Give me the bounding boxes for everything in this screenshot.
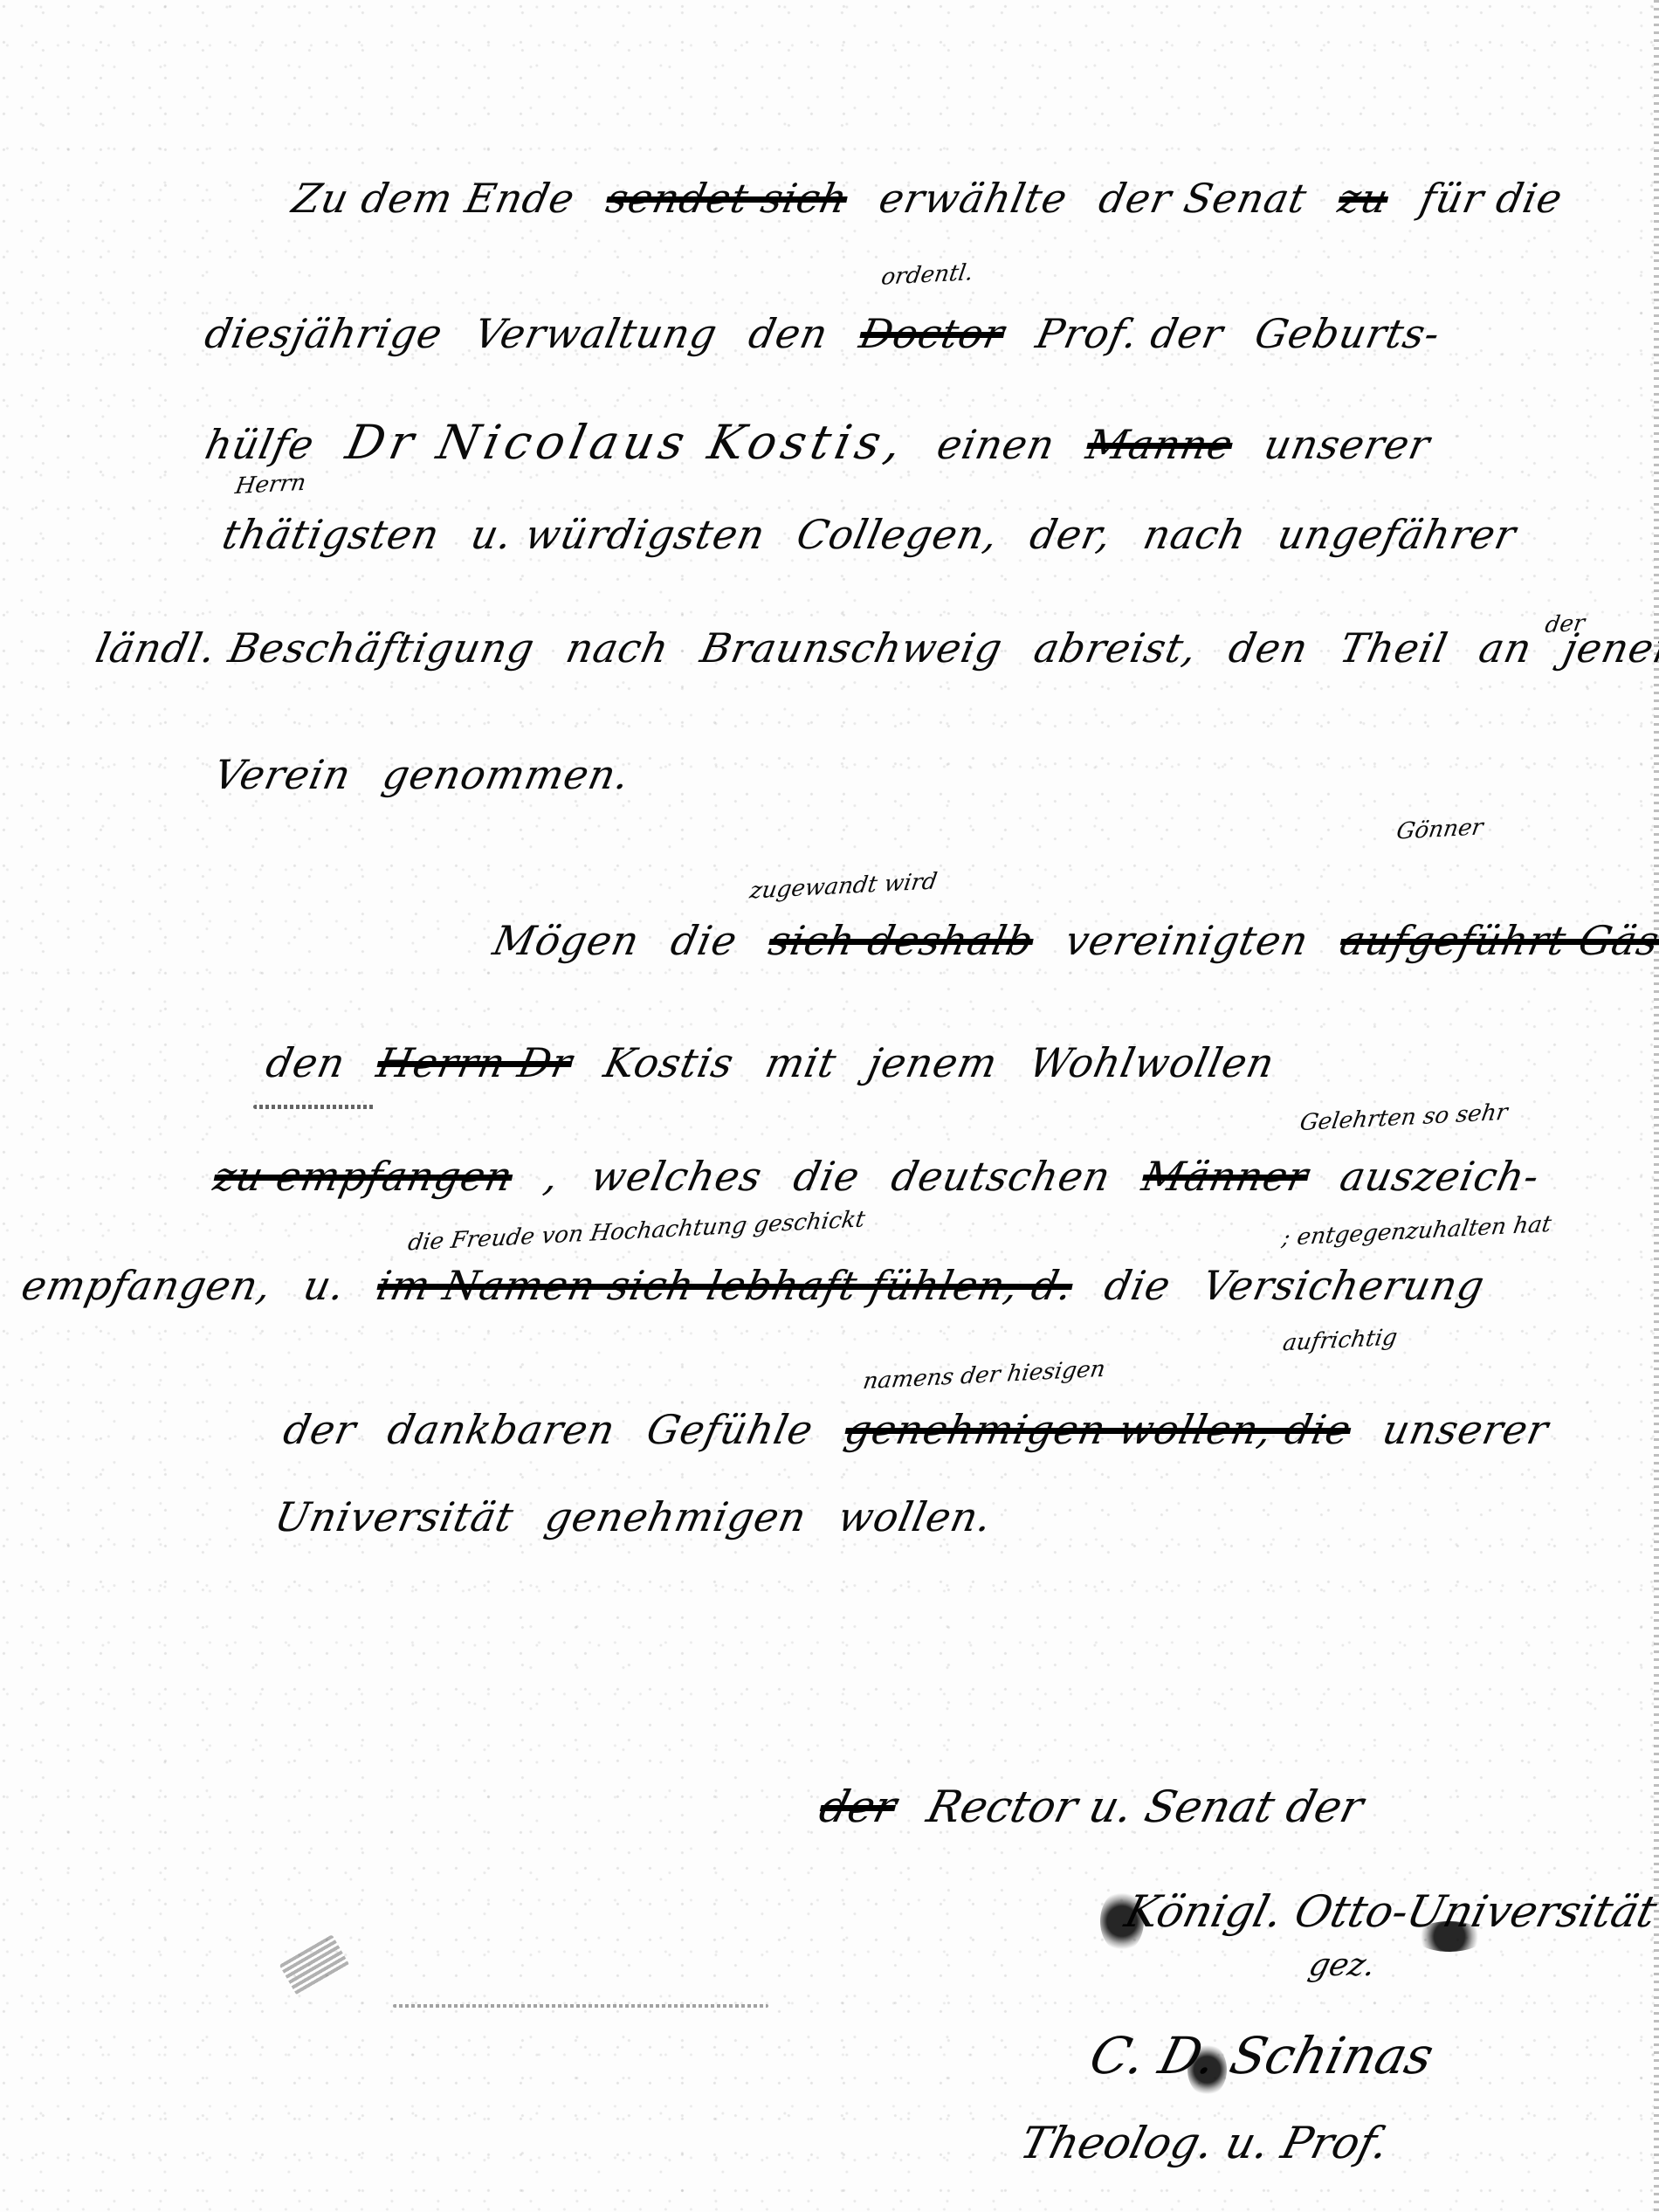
p1-line-1: Zu dem Ende sendet sich erwählte der Sen… bbox=[288, 175, 1587, 222]
p1-line-6: Verein genommen. bbox=[210, 751, 654, 798]
word: der Senat bbox=[1095, 175, 1311, 222]
word: hülfe bbox=[201, 421, 319, 468]
kostis-name: Dr Nicolaus Kostis, bbox=[341, 415, 912, 470]
page-edge bbox=[1654, 0, 1659, 2212]
p2-line-2: den Herrn Dr Kostis mit jenem Wohlwollen bbox=[262, 1039, 1298, 1086]
word: Prof. der bbox=[1032, 310, 1228, 357]
word: unserer bbox=[1260, 421, 1435, 468]
p2-line-5: der dankbaren Gefühle genehmigen wollen,… bbox=[279, 1406, 1573, 1453]
struck-word: zu bbox=[1334, 175, 1393, 222]
interlinear-insert: Gönner bbox=[1394, 814, 1484, 844]
word: für die bbox=[1416, 175, 1567, 222]
struck-word: zu empfangen bbox=[210, 1153, 518, 1200]
ink-blot bbox=[1187, 2043, 1227, 2096]
word: welches bbox=[587, 1153, 767, 1200]
closing-text: Königl. Otto-Universität bbox=[1120, 1886, 1659, 1937]
struck-word: Herrn Dr bbox=[373, 1039, 577, 1086]
struck-word: Männer bbox=[1138, 1153, 1312, 1200]
word: ungefährer bbox=[1274, 511, 1521, 558]
word: u. bbox=[299, 1262, 350, 1309]
word: deutschen bbox=[887, 1153, 1115, 1200]
word: genehmigen bbox=[541, 1493, 811, 1540]
struck-word: sendet sich bbox=[602, 175, 852, 222]
word: Verein bbox=[210, 751, 355, 798]
interlinear-insert: ; entgegenzuhalten hat bbox=[1280, 1211, 1553, 1251]
word: diesjährige bbox=[201, 310, 447, 357]
word: Verwaltung bbox=[470, 310, 721, 357]
closing-text: gez. bbox=[1305, 1947, 1380, 1983]
word: einen bbox=[933, 421, 1060, 468]
struck-word: Doctor bbox=[856, 310, 1009, 357]
word: jenem bbox=[1559, 624, 1659, 672]
struck-word: genehmigen wollen, die bbox=[841, 1406, 1356, 1453]
word: erwählte bbox=[875, 175, 1072, 222]
p1-line-5: ländl. Beschäftigung nach Braunschweig a… bbox=[92, 624, 1659, 672]
word: wollen. bbox=[834, 1493, 996, 1540]
word: der, bbox=[1026, 511, 1117, 558]
closing-text: Theolog. u. Prof. bbox=[1015, 2118, 1394, 2168]
word: Zu dem Ende bbox=[288, 175, 579, 222]
p1-line-3: hülfe Dr Nicolaus Kostis, einen Manne un… bbox=[201, 415, 1455, 470]
word: vereinigten bbox=[1061, 917, 1313, 964]
word: ländl. Beschäftigung bbox=[92, 624, 539, 672]
signature-name: C. D. Schinas bbox=[1084, 2026, 1440, 2085]
p1-line-2: diesjährige Verwaltung den Doctor Prof. … bbox=[201, 310, 1464, 357]
word: den bbox=[745, 310, 833, 357]
ink-blot bbox=[1100, 1891, 1144, 1952]
struck-word: Manne bbox=[1083, 421, 1237, 468]
p2-line-6: Universität genehmigen wollen. bbox=[271, 1493, 1016, 1540]
word: Mögen bbox=[489, 917, 644, 964]
word: auszeich- bbox=[1336, 1153, 1544, 1200]
closing-text: C. D. Schinas bbox=[1084, 2026, 1440, 2085]
p2-line-4: empfangen, u. im Namen sich lebhaft fühl… bbox=[17, 1262, 1508, 1309]
p2-line-1: Mögen die sich deshalb vereinigten aufge… bbox=[489, 917, 1659, 964]
word: mit bbox=[761, 1039, 841, 1086]
word: Braunschweig bbox=[697, 624, 1008, 672]
word: Versicherung bbox=[1198, 1262, 1489, 1309]
word: an bbox=[1475, 624, 1537, 672]
word: die bbox=[1100, 1262, 1175, 1309]
p2-line-3: zu empfangen , welches die deutschen Män… bbox=[210, 1153, 1563, 1200]
word: genommen. bbox=[378, 751, 634, 798]
word: abreist, bbox=[1030, 624, 1202, 672]
interlinear-insert: zugewandt wird bbox=[748, 868, 940, 904]
manuscript-page: Zu dem Ende sendet sich erwählte der Sen… bbox=[0, 0, 1659, 2212]
interlinear-insert: Herrn bbox=[233, 470, 307, 500]
closing-text: Rector u. Senat der bbox=[922, 1781, 1368, 1832]
interlinear-insert: die Freude von Hochachtung geschickt bbox=[406, 1206, 867, 1256]
word: nach bbox=[1139, 511, 1251, 558]
word: empfangen, bbox=[17, 1262, 277, 1309]
word: der bbox=[279, 1406, 361, 1453]
struck-word: aufgeführt Gäste bbox=[1336, 917, 1659, 964]
word: Geburts- bbox=[1250, 310, 1444, 357]
interlinear-insert: aufrichtig bbox=[1281, 1325, 1399, 1357]
word: thätigsten bbox=[218, 511, 444, 558]
word: u. würdigsten bbox=[467, 511, 770, 558]
struck-word: im Namen sich lebhaft fühlen, d. bbox=[373, 1262, 1077, 1309]
word: Theil bbox=[1336, 624, 1452, 672]
word: den bbox=[262, 1039, 350, 1086]
struck-word: der bbox=[815, 1781, 902, 1832]
ink-smudge bbox=[253, 1105, 375, 1109]
signature-title: Theolog. u. Prof. bbox=[1015, 2118, 1394, 2168]
closing-line-1: der Rector u. Senat der bbox=[815, 1781, 1368, 1832]
word: dankbaren bbox=[383, 1406, 620, 1453]
word: die bbox=[667, 917, 742, 964]
struck-word: sich deshalb bbox=[765, 917, 1038, 964]
word: Wohlwollen bbox=[1025, 1039, 1279, 1086]
word: unserer bbox=[1379, 1406, 1553, 1453]
closing-line-2: Königl. Otto-Universität bbox=[1120, 1886, 1659, 1937]
interlinear-insert: namens der hiesigen bbox=[861, 1356, 1107, 1395]
ink-smudge bbox=[393, 2004, 768, 2008]
word: jenem bbox=[864, 1039, 1002, 1086]
word: Kostis bbox=[600, 1039, 739, 1086]
interlinear-insert: ordentl. bbox=[879, 259, 975, 290]
ink-smudge bbox=[279, 1934, 350, 1995]
interlinear-insert: Gelehrten so sehr bbox=[1298, 1099, 1509, 1136]
word: nach bbox=[562, 624, 674, 672]
ink-blot bbox=[1415, 1921, 1484, 1952]
word: den bbox=[1225, 624, 1313, 672]
word: die bbox=[789, 1153, 864, 1200]
word: Universität bbox=[271, 1493, 519, 1540]
closing-line-3: gez. bbox=[1305, 1947, 1380, 1983]
word: Collegen, bbox=[793, 511, 1003, 558]
word: , bbox=[540, 1153, 564, 1200]
word: Gefühle bbox=[643, 1406, 818, 1453]
p1-line-4: thätigsten u. würdigsten Collegen, der, … bbox=[218, 511, 1539, 558]
